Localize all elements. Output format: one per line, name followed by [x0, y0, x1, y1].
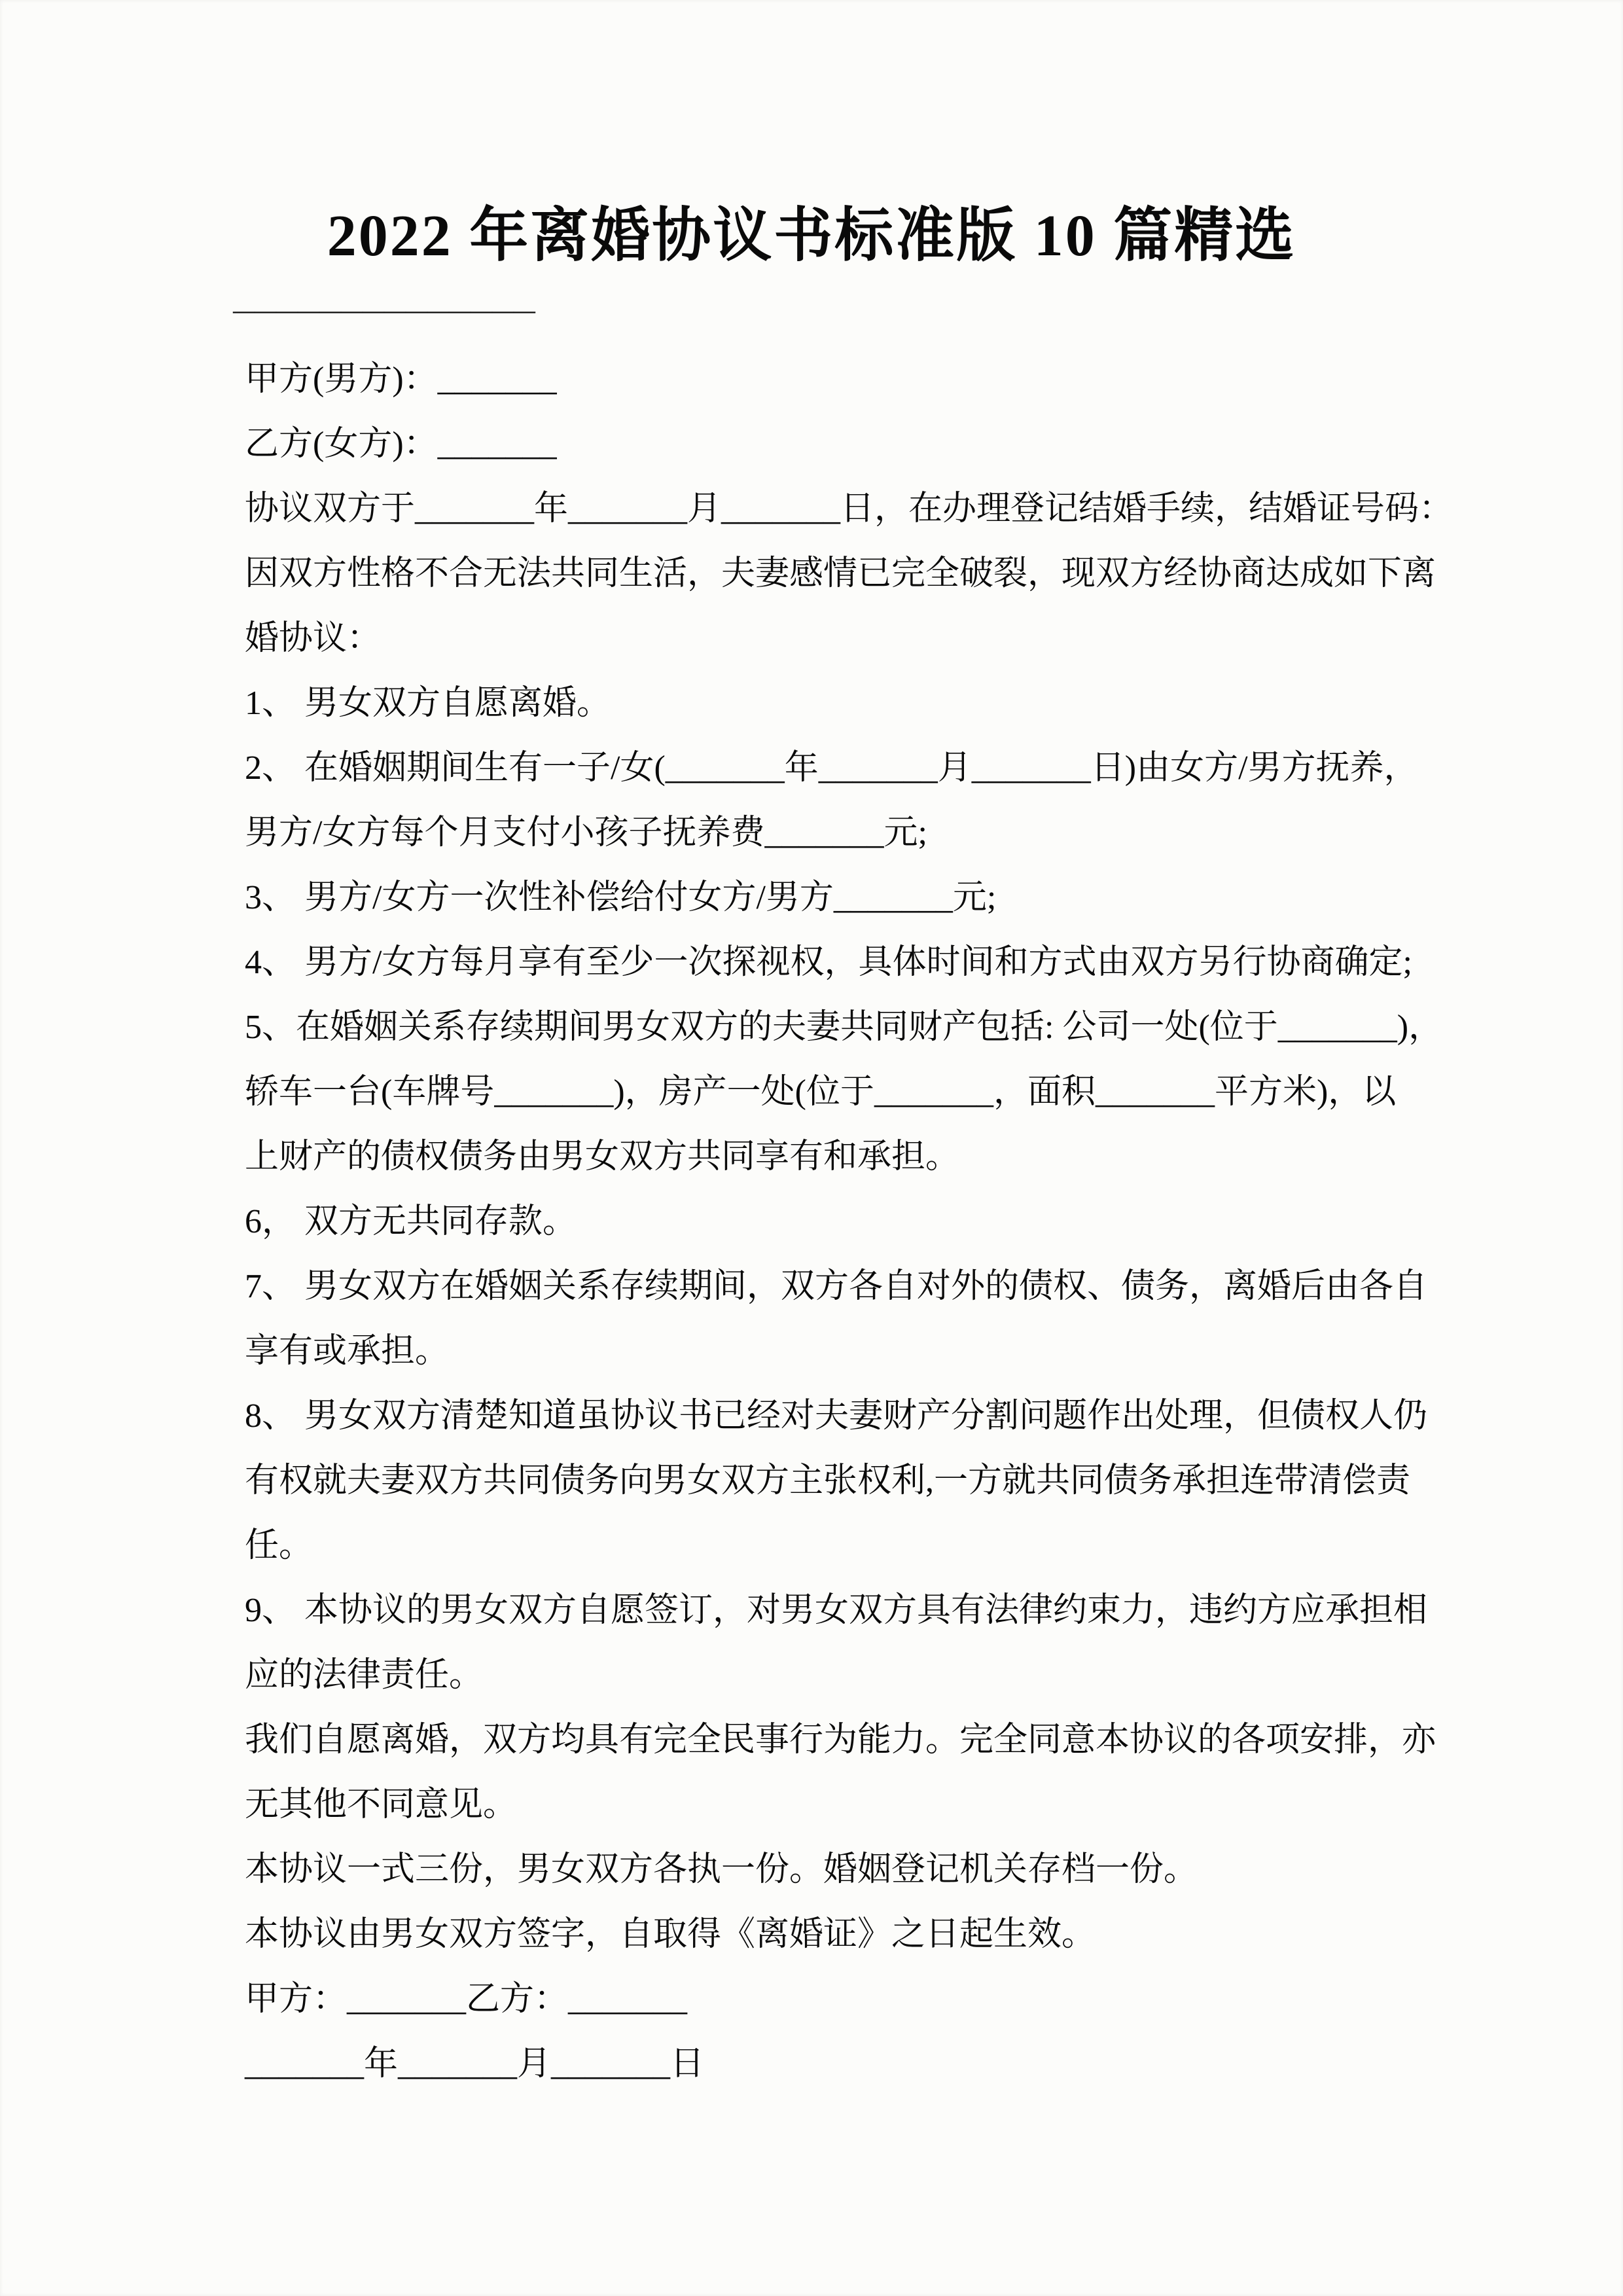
text-line: 1、 男女双方自愿离婚。 [245, 671, 1410, 736]
text-line: 婚协议： [245, 606, 1410, 671]
document-title: 2022 年离婚协议书标准版 10 篇精选 [0, 187, 1623, 272]
text-line: 8、 男女双方清楚知道虽协议书已经对夫妻财产分割问题作出处理，但债权人仍 [245, 1384, 1410, 1448]
document-page: 2022 年离婚协议书标准版 10 篇精选 —————————————— 甲方(… [0, 0, 1623, 2296]
document-body: 甲方(男方)：_______乙方(女方)：_______协议双方于_______… [245, 347, 1410, 2096]
text-line: 享有或承担。 [245, 1319, 1410, 1384]
text-line: 2、 在婚姻期间生有一子/女(_______年_______月_______日)… [245, 736, 1410, 800]
text-line: 无其他不同意见。 [245, 1772, 1410, 1837]
title-divider: —————————————— [233, 289, 535, 332]
text-line: 5、在婚姻关系存续期间男女双方的夫妻共同财产包括: 公司一处(位于_______… [245, 995, 1410, 1060]
text-line: 本协议一式三份，男女双方各执一份。婚姻登记机关存档一份。 [245, 1837, 1410, 1902]
text-line: 4、 男方/女方每月享有至少一次探视权，具体时间和方式由双方另行协商确定; [245, 930, 1410, 995]
text-line: 男方/女方每个月支付小孩子抚养费_______元; [245, 800, 1410, 865]
text-line: 有权就夫妻双方共同债务向男女双方主张权利,一方就共同债务承担连带清偿责 [245, 1448, 1410, 1513]
text-line: 任。 [245, 1513, 1410, 1578]
text-line: 乙方(女方)：_______ [245, 412, 1410, 476]
text-line: 7、 男女双方在婚姻关系存续期间，双方各自对外的债权、债务，离婚后由各自 [245, 1254, 1410, 1319]
text-line: 甲方：_______乙方：_______ [245, 1967, 1410, 2032]
text-line: 协议双方于_______年_______月_______日，在办理登记结婚手续，… [245, 476, 1410, 541]
text-line: 本协议由男女双方签字，自取得《离婚证》之日起生效。 [245, 1902, 1410, 1967]
text-line: 甲方(男方)：_______ [245, 347, 1410, 412]
text-line: 上财产的债权债务由男女双方共同享有和承担。 [245, 1124, 1410, 1189]
text-line: 应的法律责任。 [245, 1643, 1410, 1708]
text-line: 因双方性格不合无法共同生活，夫妻感情已完全破裂，现双方经协商达成如下离 [245, 541, 1410, 606]
text-line: 轿车一台(车牌号_______)，房产一处(位于_______，面积______… [245, 1060, 1410, 1124]
text-line: _______年_______月_______日 [245, 2032, 1410, 2096]
text-line: 我们自愿离婚，双方均具有完全民事行为能力。完全同意本协议的各项安排，亦 [245, 1708, 1410, 1772]
text-line: 9、 本协议的男女双方自愿签订，对男女双方具有法律约束力，违约方应承担相 [245, 1578, 1410, 1643]
text-line: 6， 双方无共同存款。 [245, 1189, 1410, 1254]
text-line: 3、 男方/女方一次性补偿给付女方/男方_______元; [245, 865, 1410, 930]
